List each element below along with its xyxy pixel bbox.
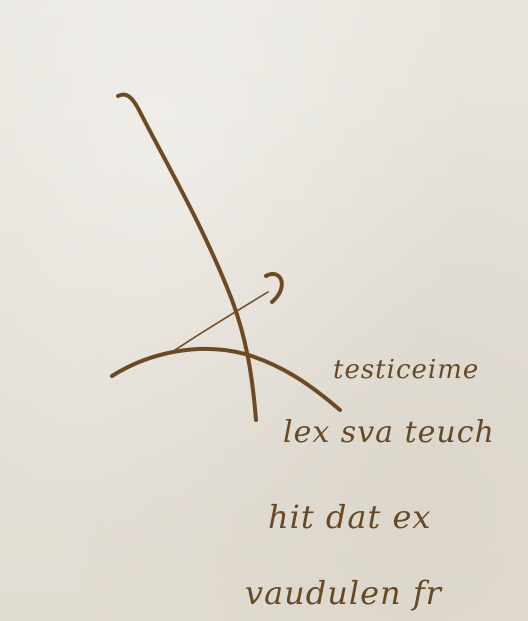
text-line-2: lex sva teuch xyxy=(283,415,495,450)
text-line-1: testiceime xyxy=(333,355,479,385)
manuscript-photo: testiceime lex sva teuch hit dat ex vaud… xyxy=(0,0,528,621)
decorative-initial xyxy=(0,0,528,621)
text-line-3: hit dat ex xyxy=(268,498,431,536)
text-line-4: vaudulen fr xyxy=(245,574,442,612)
